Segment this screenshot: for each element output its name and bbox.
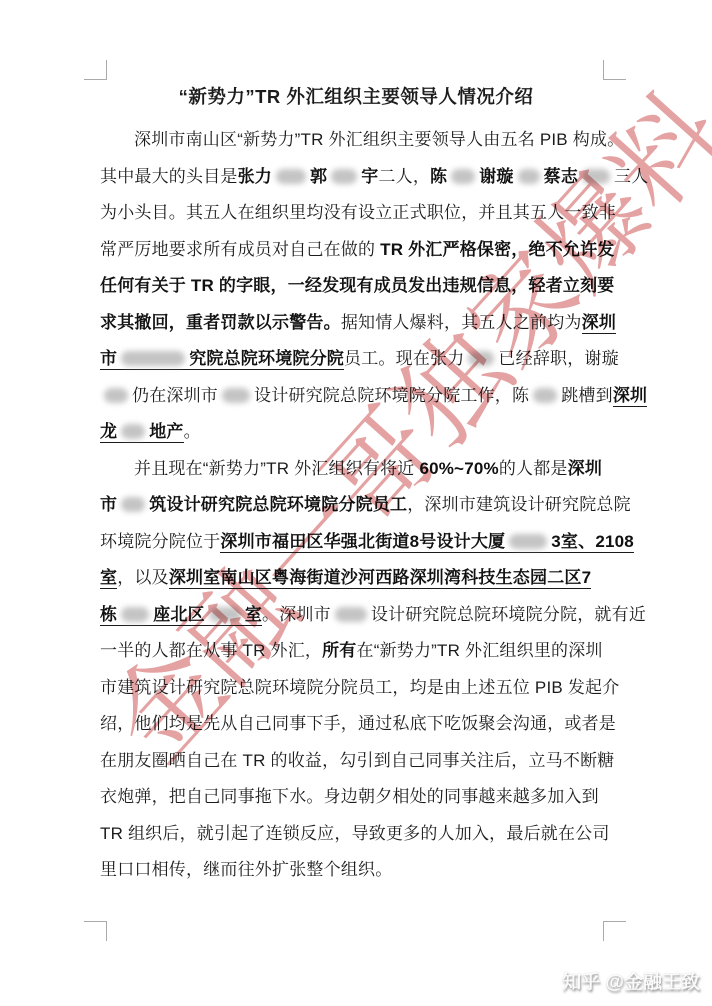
text-run: 设计研究院总院环境院分院，就有近 <box>371 605 646 624</box>
text-run: 究院总院环境院分院 <box>189 349 344 370</box>
text-run: 市 <box>100 495 117 514</box>
text-run: 深圳室南山区粤海街道沙河西路深圳湾科技生态园二区7 <box>169 568 591 589</box>
text-run: 的人都是 <box>499 459 568 478</box>
text-run: 跳槽到 <box>561 386 613 405</box>
redaction-blur <box>509 534 547 549</box>
text-run: 市建筑设计研究院总院环境院分院员工，均是由上述五位 PIB 发起介 <box>100 678 619 697</box>
text-line: 任何有关于 TR 的字眼，一经发现有成员发出违规信息，轻者立刻要 <box>100 268 612 305</box>
text-run: ，深圳市建筑设计研究院总院 <box>407 495 631 514</box>
text-run: 环境院分院位于 <box>100 532 220 551</box>
text-run: 谢璇 <box>479 167 513 186</box>
margin-mark-top-right <box>603 60 626 80</box>
text-run: 绍，他们均是先从自己同事下手，通过私底下吃饭聚会沟通，或者是 <box>100 714 616 733</box>
text-run: 三人 <box>614 167 648 186</box>
text-run: 郭 <box>310 167 327 186</box>
paragraph: 深圳市南山区“新势力”TR 外汇组织主要领导人由五名 PIB 构成。其中最大的头… <box>100 122 612 451</box>
text-line: 里口口相传，继而往外扩张整个组织。 <box>100 852 612 889</box>
text-run: 宇 <box>361 167 378 186</box>
underlined-redaction <box>117 349 189 370</box>
redaction-blur <box>104 388 128 403</box>
text-run: 筑设计研究院总院环境院分院员工 <box>149 495 407 514</box>
text-run: 深圳 <box>613 386 647 407</box>
text-run: 3室、2108 <box>551 532 634 553</box>
text-run: 蔡志 <box>544 167 578 186</box>
underlined-redaction <box>205 605 245 626</box>
text-run: 设计研究院总院环境院分院工作，陈 <box>254 386 529 405</box>
redaction-blur <box>533 388 557 403</box>
redaction-blur <box>121 607 149 622</box>
text-line: 并且现在“新势力”TR 外汇组织有将近 60%~70%的人都是深圳 <box>100 451 612 488</box>
redaction-blur <box>121 351 185 366</box>
text-run: 所有 <box>322 641 356 660</box>
text-run: 座北区 <box>153 605 205 626</box>
text-run: 。深圳市 <box>262 605 331 624</box>
margin-mark-top-left <box>84 60 107 80</box>
text-run: 里口口相传，继而往外扩张整个组织。 <box>100 860 392 879</box>
text-run: 地产 <box>149 422 183 443</box>
text-run: 衣炮弹，把自己同事拖下水。身边朝夕相处的同事越来越多加入到 <box>100 787 599 806</box>
text-run: 深圳 <box>582 313 616 334</box>
text-run: TR 外汇严格保密，绝不允许发 <box>380 240 614 259</box>
text-run: 仍在深圳市 <box>132 386 218 405</box>
paragraph: 并且现在“新势力”TR 外汇组织有将近 60%~70%的人都是深圳市筑设计研究院… <box>100 451 612 889</box>
text-run: 张力 <box>238 167 272 186</box>
text-run: ，以及 <box>117 568 169 587</box>
text-run: 其中最大的头目是 <box>100 167 238 186</box>
text-run: 深圳 <box>568 459 602 478</box>
text-run: 常严厉地要求所有成员对自己在做的 <box>100 240 380 259</box>
text-line: 绍，他们均是先从自己同事下手，通过私底下吃饭聚会沟通，或者是 <box>100 706 612 743</box>
redaction-blur <box>582 169 610 184</box>
underlined-redaction <box>117 422 149 443</box>
text-line: 常严厉地要求所有成员对自己在做的 TR 外汇严格保密，绝不允许发 <box>100 232 612 269</box>
text-run: 为小头目。其五人在组织里均没有设立正式职位，并且其五人一致非 <box>100 203 616 222</box>
text-line: 市筑设计研究院总院环境院分院员工，深圳市建筑设计研究院总院 <box>100 487 612 524</box>
text-run: 龙 <box>100 422 117 443</box>
text-run: 在朋友圈晒自己在 TR 的收益，勾引到自己同事关注后，立马不断糖 <box>100 751 615 770</box>
redaction-blur <box>222 388 250 403</box>
text-run: 据知情人爆料，其五人之前均为 <box>341 313 582 332</box>
zhihu-watermark: 知乎 @金融王致 <box>562 967 700 994</box>
text-run: 二人， <box>378 167 430 186</box>
text-run: 60%~70% <box>419 459 498 478</box>
text-line: 仍在深圳市设计研究院总院环境院分院工作，陈跳槽到深圳 <box>100 378 612 415</box>
text-run: 并且现在“新势力”TR 外汇组织有将近 <box>134 459 419 478</box>
underlined-redaction <box>117 605 153 626</box>
text-run: 在“新势力”TR 外汇组织里的深圳 <box>357 641 603 660</box>
text-run: 室 <box>245 605 262 626</box>
text-line: 栋座北区室。深圳市设计研究院总院环境院分院，就有近 <box>100 597 612 634</box>
text-run: 一半的人都在从事 TR 外汇， <box>100 641 322 660</box>
text-run: 。 <box>184 422 201 441</box>
document-title: “新势力”TR 外汇组织主要领导人情况介绍 <box>100 84 612 122</box>
text-line: 深圳市南山区“新势力”TR 外汇组织主要领导人由五名 PIB 构成。 <box>100 122 612 159</box>
text-run: 室 <box>100 568 117 589</box>
text-run: 求其撤回，重者罚款以示警告。 <box>100 313 341 332</box>
text-run: 已经辞职，谢璇 <box>498 349 618 368</box>
redaction-blur <box>518 169 540 184</box>
text-line: 衣炮弹，把自己同事拖下水。身边朝夕相处的同事越来越多加入到 <box>100 779 612 816</box>
text-line: 室，以及深圳室南山区粤海街道沙河西路深圳湾科技生态园二区7 <box>100 560 612 597</box>
text-run: 任何有关于 TR 的字眼，一经发现有成员发出违规信息，轻者立刻要 <box>100 276 615 295</box>
text-line: TR 组织后，就引起了连锁反应，导致更多的人加入，最后就在公司 <box>100 816 612 853</box>
page: “新势力”TR 外汇组织主要领导人情况介绍 深圳市南山区“新势力”TR 外汇组织… <box>0 0 712 1006</box>
redaction-blur <box>121 497 145 512</box>
text-run: 员工。现在张力 <box>344 349 464 368</box>
text-line: 其中最大的头目是张力郭宇二人，陈谢璇蔡志三人 <box>100 159 612 196</box>
text-run: TR 组织后，就引起了连锁反应，导致更多的人加入，最后就在公司 <box>100 824 610 843</box>
text-run: 陈 <box>430 167 447 186</box>
text-line: 为小头目。其五人在组织里均没有设立正式职位，并且其五人一致非 <box>100 195 612 232</box>
document-body: “新势力”TR 外汇组织主要领导人情况介绍 深圳市南山区“新势力”TR 外汇组织… <box>100 84 612 889</box>
margin-mark-bottom-left <box>84 921 107 941</box>
redaction-blur <box>335 607 367 622</box>
text-line: 环境院分院位于深圳市福田区华强北街道8号设计大厦3室、2108 <box>100 524 612 561</box>
text-line: 求其撤回，重者罚款以示警告。据知情人爆料，其五人之前均为深圳 <box>100 305 612 342</box>
margin-mark-bottom-right <box>603 921 626 941</box>
redaction-blur <box>451 169 475 184</box>
redaction-blur <box>331 169 357 184</box>
underlined-redaction <box>505 532 551 553</box>
redaction-blur <box>276 169 306 184</box>
text-line: 一半的人都在从事 TR 外汇，所有在“新势力”TR 外汇组织里的深圳 <box>100 633 612 670</box>
text-run: 深圳市南山区“新势力”TR 外汇组织主要领导人由五名 PIB 构成。 <box>134 130 624 149</box>
redaction-blur <box>209 607 241 622</box>
text-run: 市 <box>100 349 117 370</box>
text-line: 市建筑设计研究院总院环境院分院员工，均是由上述五位 PIB 发起介 <box>100 670 612 707</box>
text-line: 龙地产。 <box>100 414 612 451</box>
text-line: 市究院总院环境院分院员工。现在张力已经辞职，谢璇 <box>100 341 612 378</box>
redaction-blur <box>121 424 145 439</box>
redaction-blur <box>468 351 494 366</box>
text-run: 栋 <box>100 605 117 626</box>
text-line: 在朋友圈晒自己在 TR 的收益，勾引到自己同事关注后，立马不断糖 <box>100 743 612 780</box>
text-run: 深圳市福田区华强北街道8号设计大厦 <box>220 532 505 553</box>
